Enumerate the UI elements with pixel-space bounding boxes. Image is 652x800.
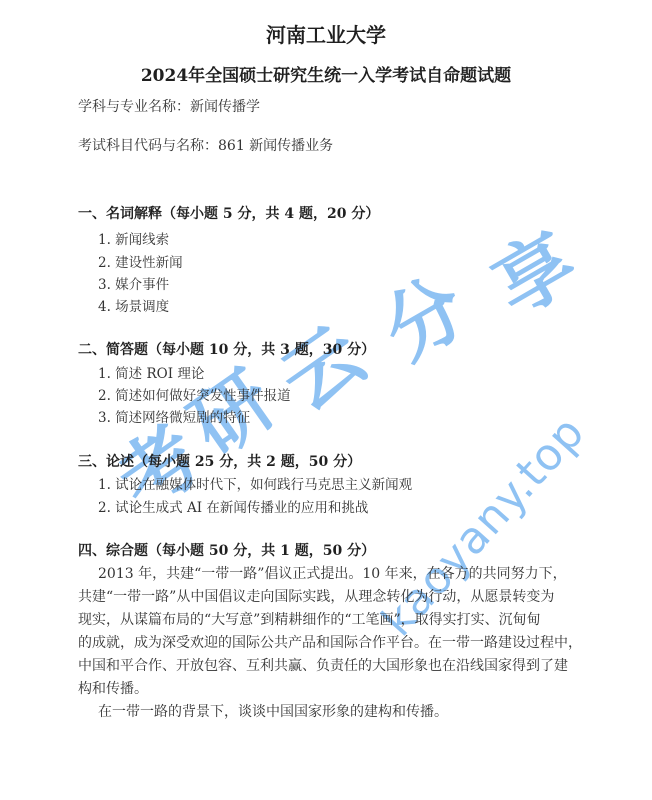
section-3-item-2: 2. 试论生成式 AI 在新闻传播业的应用和挑战 [98,496,368,516]
course-line: 考试科目代码与名称：861 新闻传播业务 [78,135,333,155]
section-2-item-2: 2. 简述如何做好突发性事件报道 [98,384,291,404]
section-1-item-2: 2. 建设性新闻 [98,251,183,271]
section-4-paragraph-line-1: 2013 年，共建“一带一路”倡议正式提出。10 年来，在各方的共同努力下， [98,563,576,583]
section-4-paragraph-line-2: 共建“一带一路”从中国倡议走向国际实践，从理念转化为行动，从愿景转变为 [78,586,556,606]
section-4-paragraph-line-6: 构和传播。 [78,678,556,698]
section-4-question: 在一带一路的背景下，谈谈中国国家形象的建构和传播。 [98,701,576,721]
section-2-item-3: 3. 简述网络微短剧的特征 [98,406,250,426]
university-title: 河南工业大学 [0,19,652,48]
section-4-paragraph-line-4: 的成就，成为深受欢迎的国际公共产品和国际合作平台。在一带一路建设过程中， [78,632,556,652]
watermark-char-4: 分 [360,246,484,382]
section-4-paragraph-line-5: 中国和平合作、开放包容、互利共赢、负责任的大国形象也在沿线国家得到了建 [78,655,556,675]
exam-title: 2024年全国硕士研究生统一入学考试自命题试题 [0,61,652,86]
watermark-char-5: 享 [470,201,594,337]
exam-paper-page: 考 研 云 分 享 kaoyany.top 河南工业大学 2024年全国硕士研究… [0,0,652,800]
section-4-heading: 四、综合题（每小题 50 分，共 1 题，50 分） [78,540,375,560]
section-3-item-1: 1. 试论在融媒体时代下，如何践行马克思主义新闻观 [98,473,412,493]
section-1-item-3: 3. 媒介事件 [98,273,169,293]
section-1-heading: 一、名词解释（每小题 5 分，共 4 题，20 分） [78,203,379,223]
watermark-char-3: 云 [255,295,383,431]
section-4-paragraph-line-3: 现实，从谋篇布局的“大写意”到精耕细作的“工笔画”，取得实打实、沉甸甸 [78,609,556,629]
section-1-item-4: 4. 场景调度 [98,295,169,315]
section-1-item-1: 1. 新闻线索 [98,228,169,248]
subject-line: 学科与专业名称：新闻传播学 [78,96,260,116]
section-2-heading: 二、简答题（每小题 10 分，共 3 题，30 分） [78,339,375,359]
section-3-heading: 三、论述（每小题 25 分，共 2 题，50 分） [78,451,361,471]
section-2-item-1: 1. 简述 ROI 理论 [98,362,204,382]
